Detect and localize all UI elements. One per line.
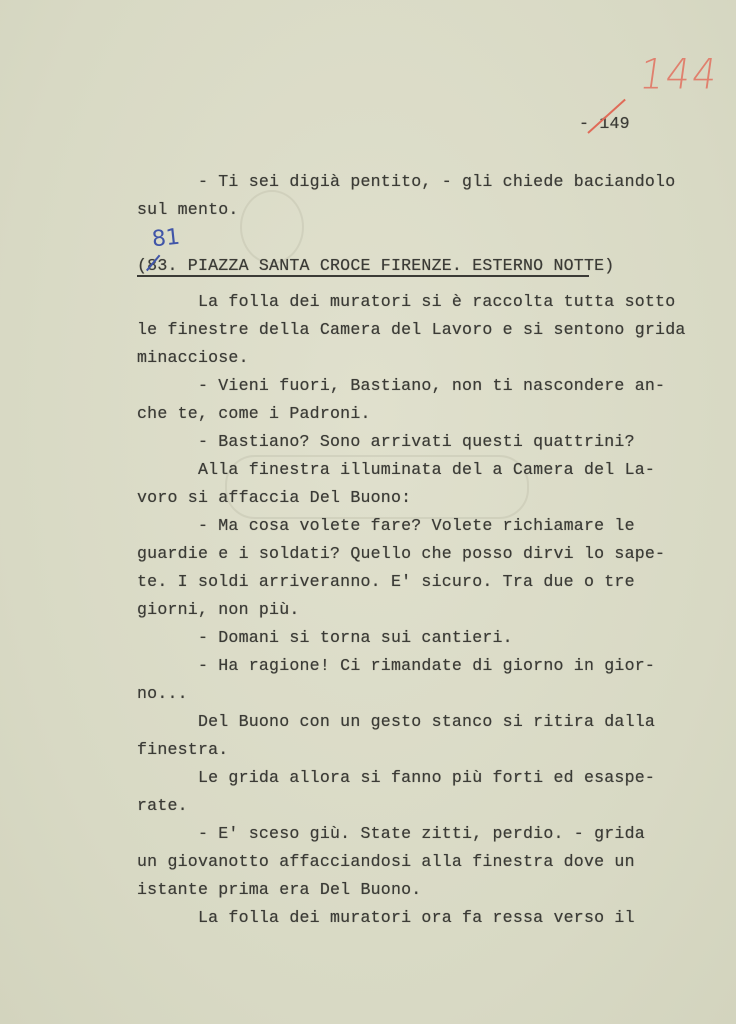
text-line: La folla dei muratori ora fa ressa verso… bbox=[137, 908, 635, 927]
text-line: guardie e i soldati? Quello che posso di… bbox=[137, 544, 665, 563]
text-line: un giovanotto affacciandosi alla finestr… bbox=[137, 852, 635, 871]
scene-heading: (83. PIAZZA SANTA CROCE FIRENZE. ESTERNO… bbox=[137, 256, 614, 275]
text-line: finestra. bbox=[137, 740, 228, 759]
watermark-stamp bbox=[240, 190, 304, 264]
text-line: minacciose. bbox=[137, 348, 249, 367]
text-line: sul mento. bbox=[137, 200, 239, 219]
text-line: - Ma cosa volete fare? Volete richiamare… bbox=[137, 516, 635, 535]
handwritten-scene-number: 81 bbox=[151, 225, 181, 253]
text-line: rate. bbox=[137, 796, 188, 815]
text-line: Le grida allora si fanno più forti ed es… bbox=[137, 768, 655, 787]
text-line: - Bastiano? Sono arrivati questi quattri… bbox=[137, 432, 635, 451]
text-line: - Domani si torna sui cantieri. bbox=[137, 628, 513, 647]
text-line: - Ha ragione! Ci rimandate di giorno in … bbox=[137, 656, 655, 675]
text-line: - Vieni fuori, Bastiano, non ti nasconde… bbox=[137, 376, 665, 395]
text-line: - Ti sei digià pentito, - gli chiede bac… bbox=[137, 172, 675, 191]
handwritten-page-number: 144 bbox=[637, 50, 722, 98]
text-line: Del Buono con un gesto stanco si ritira … bbox=[137, 712, 655, 731]
heading-underline bbox=[137, 275, 589, 277]
text-line: no... bbox=[137, 684, 188, 703]
text-line: te. I soldi arriveranno. E' sicuro. Tra … bbox=[137, 572, 635, 591]
text-line: istante prima era Del Buono. bbox=[137, 880, 421, 899]
text-line: che te, come i Padroni. bbox=[137, 404, 371, 423]
text-line: le finestre della Camera del Lavoro e si… bbox=[137, 320, 686, 339]
text-line: Alla finestra illuminata del a Camera de… bbox=[137, 460, 655, 479]
text-line: La folla dei muratori si è raccolta tutt… bbox=[137, 292, 675, 311]
typewritten-page: 144 - 149 - Ti sei digià pentito, - gli … bbox=[0, 0, 736, 1024]
text-line: giorni, non più. bbox=[137, 600, 300, 619]
text-line: - E' sceso giù. State zitti, perdio. - g… bbox=[137, 824, 645, 843]
text-line: voro si affaccia Del Buono: bbox=[137, 488, 411, 507]
